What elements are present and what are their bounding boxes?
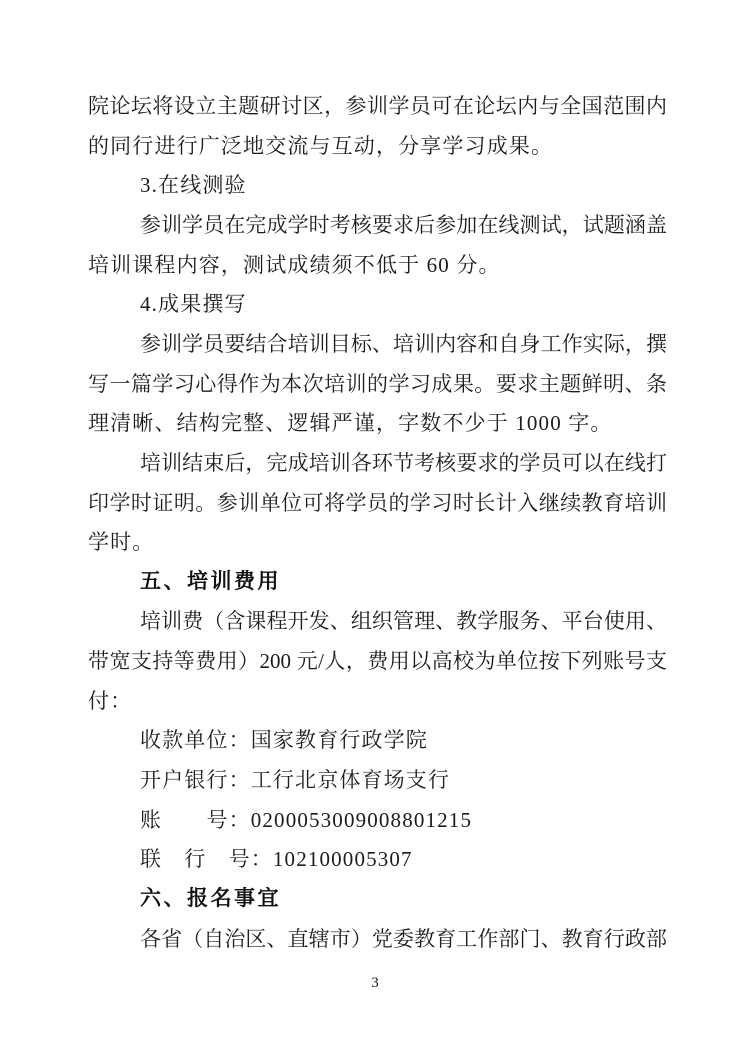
document-line: 联 行 号：102100005307	[88, 844, 667, 874]
document-line: 写一篇学习心得作为本次培训的学习成果。要求主题鲜明、条	[88, 369, 667, 399]
document-line: 各省（自治区、直辖市）党委教育工作部门、教育行政部	[88, 924, 667, 954]
document-line: 培训课程内容，测试成绩须不低于 60 分。	[88, 250, 667, 280]
document-line: 学时。	[88, 527, 667, 557]
document-line: 培训结束后，完成培训各环节考核要求的学员可以在线打	[88, 448, 667, 478]
document-line: 印学时证明。参训单位可将学员的学习时长计入继续教育培训	[88, 488, 667, 518]
document-page: 院论坛将设立主题研讨区，参训学员可在论坛内与全国范围内的同行进行广泛地交流与互动…	[0, 0, 750, 1063]
document-line: 3.在线测验	[88, 170, 667, 200]
document-line: 理清晰、结构完整、逻辑严谨，字数不少于 1000 字。	[88, 408, 667, 438]
document-line: 参训学员在完成学时考核要求后参加在线测试，试题涵盖	[88, 210, 667, 240]
section-heading: 六、报名事宜	[88, 884, 667, 914]
document-line: 开户银行：工行北京体育场支行	[88, 765, 667, 795]
document-line: 4.成果撰写	[88, 289, 667, 319]
document-line: 带宽支持等费用）200 元/人，费用以高校为单位按下列账号支	[88, 646, 667, 676]
page-number: 3	[0, 975, 750, 992]
document-line: 的同行进行广泛地交流与互动，分享学习成果。	[88, 131, 667, 161]
document-line: 付：	[88, 686, 667, 716]
document-line: 参训学员要结合培训目标、培训内容和自身工作实际，撰	[88, 329, 667, 359]
document-line: 院论坛将设立主题研讨区，参训学员可在论坛内与全国范围内	[88, 91, 667, 121]
document-line: 收款单位：国家教育行政学院	[88, 725, 667, 755]
document-line: 账 号：0200053009008801215	[88, 805, 667, 835]
document-line: 培训费（含课程开发、组织管理、教学服务、平台使用、	[88, 606, 667, 636]
section-heading: 五、培训费用	[88, 567, 667, 597]
